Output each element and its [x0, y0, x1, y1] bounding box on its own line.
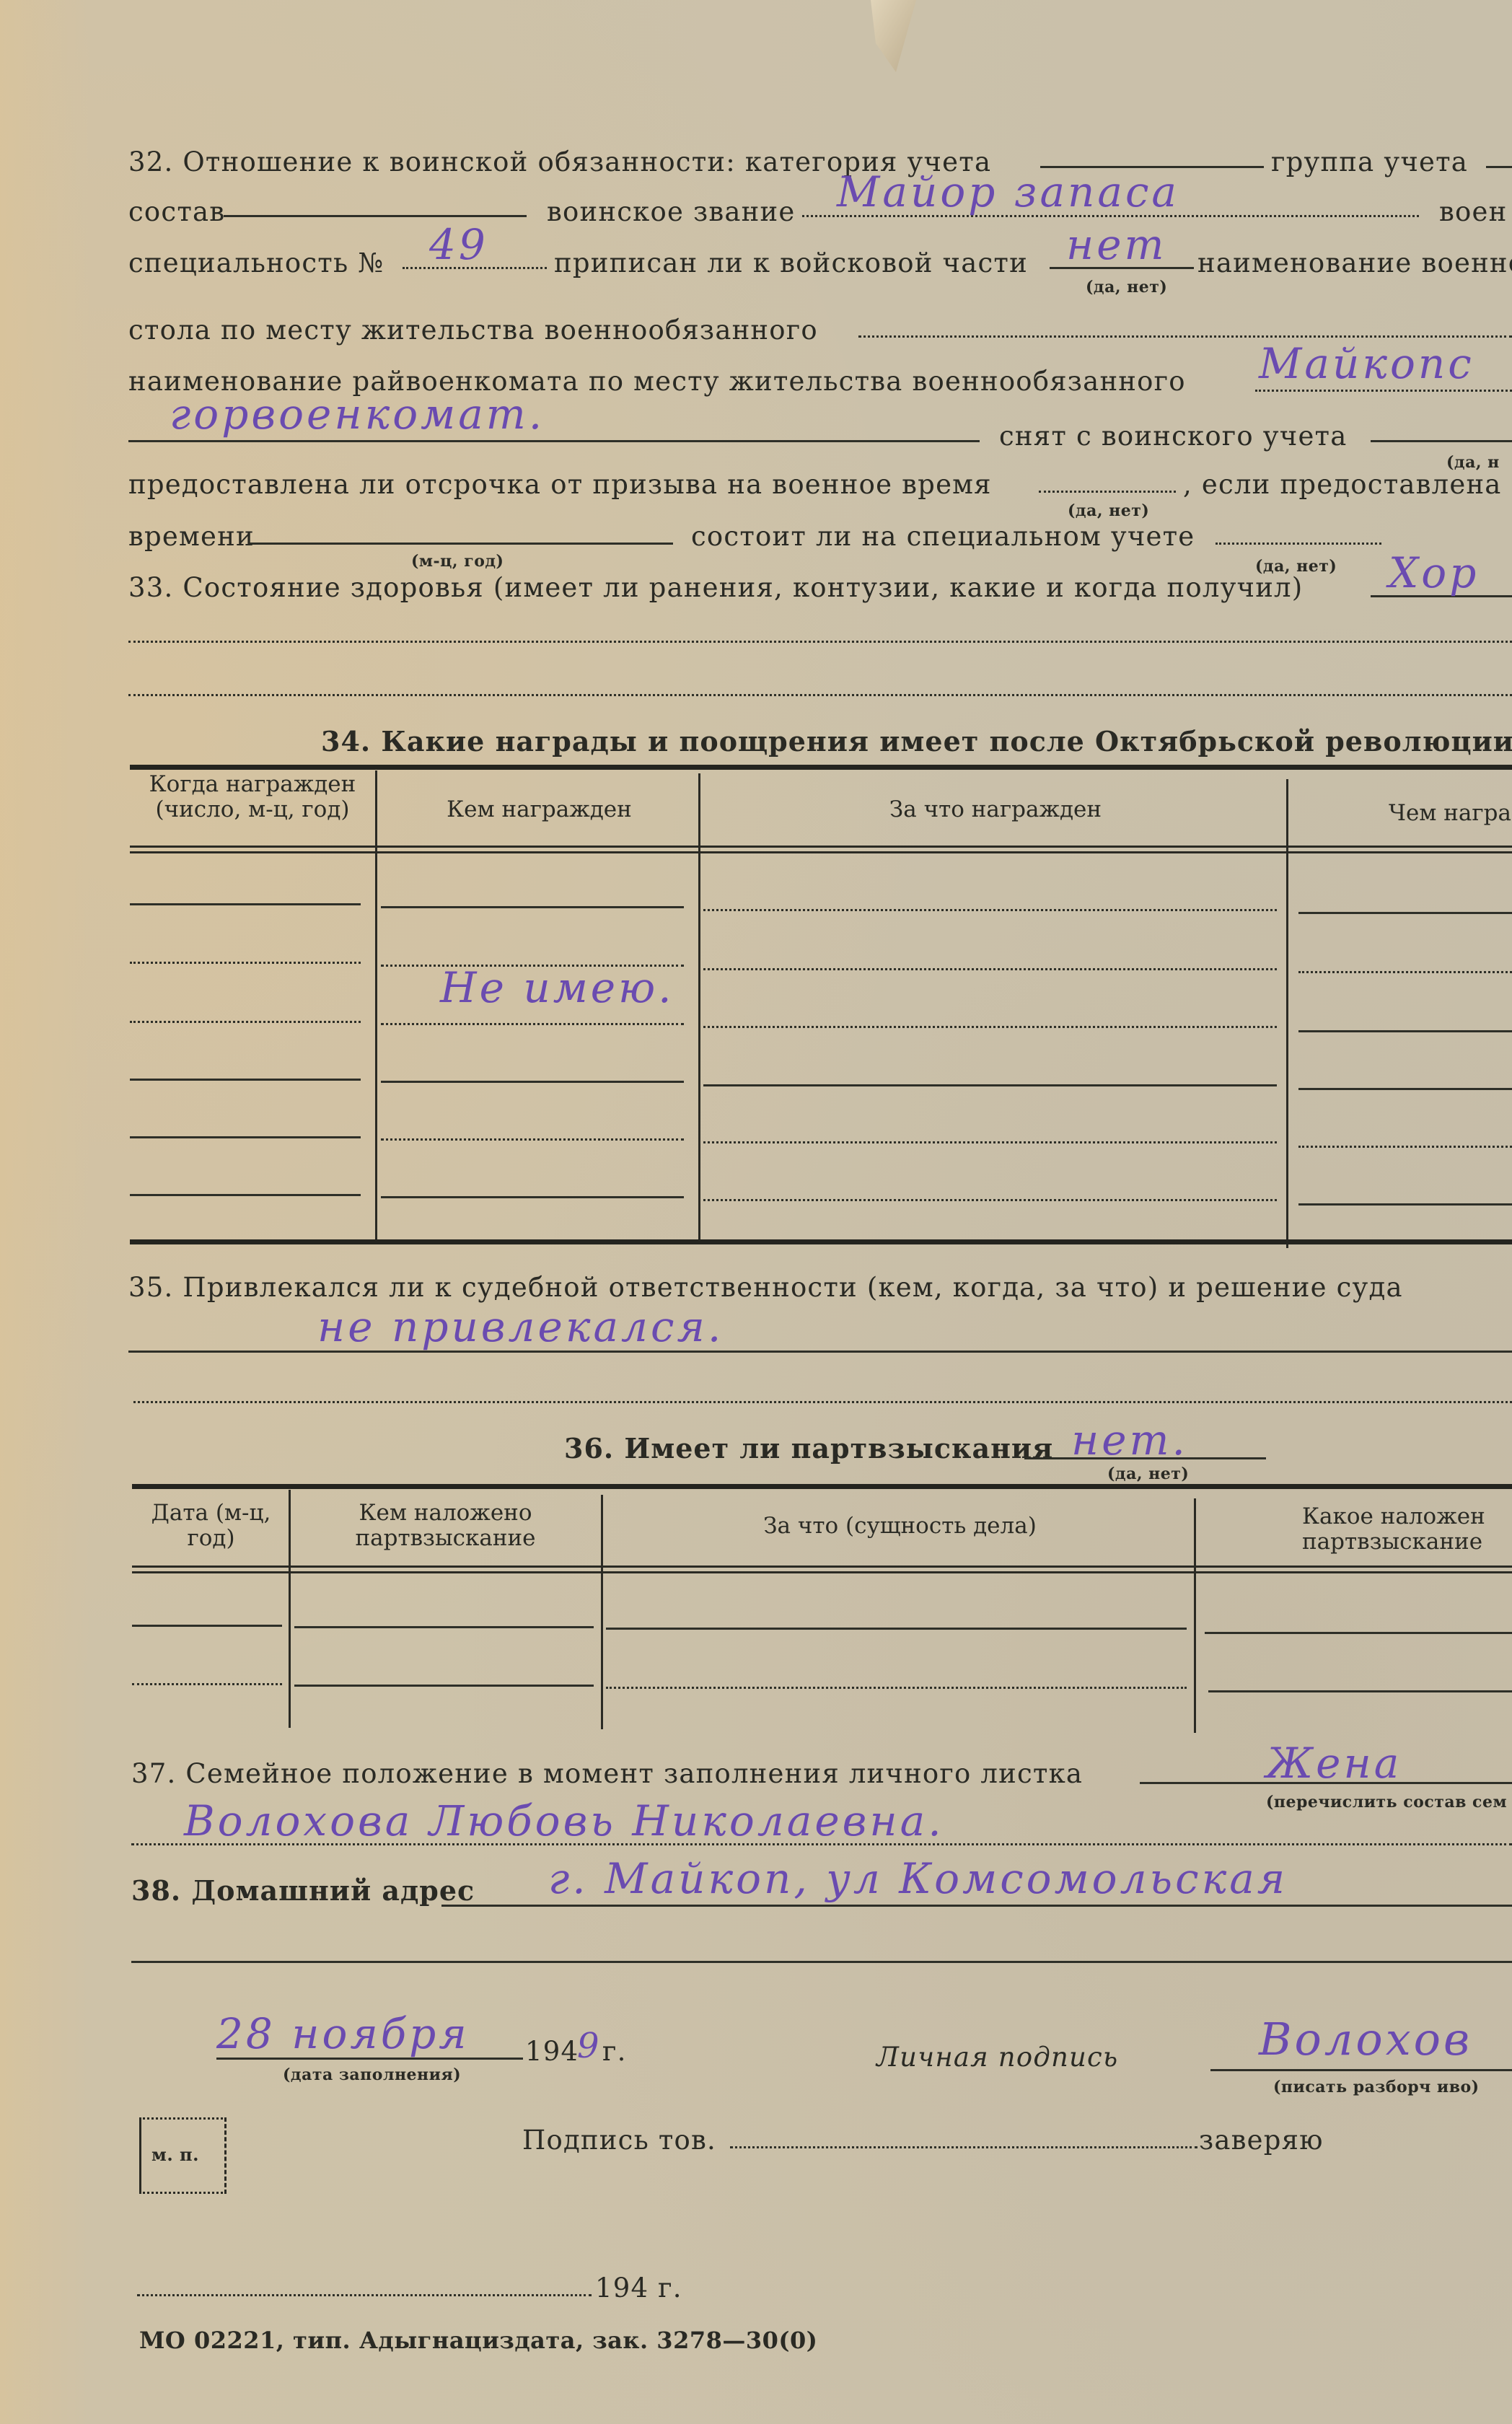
penalties-col-penalty-type: Какое наложен партвзыскание [1201, 1504, 1512, 1555]
awards-header-divider [130, 846, 1512, 853]
field-military-rank[interactable]: Майор запаса [837, 167, 1179, 216]
field-military-desk[interactable] [858, 335, 1512, 338]
penalties-col-divider-3 [1194, 1498, 1196, 1733]
hint-yes-no-deferment: (да, нет) [1068, 501, 1149, 520]
field-raivoenkomat[interactable]: Майкопс [1259, 339, 1474, 388]
label-deferment: предоставлена ли отсрочка от призыва на … [128, 469, 992, 500]
field-fill-date-line [216, 2058, 523, 2060]
label-personal-signature: Личная подпись [876, 2042, 1118, 2073]
hint-month-year: (м-ц, год) [411, 552, 504, 571]
hint-yes-no: (да, нет) [1086, 278, 1167, 297]
awards-top-border [130, 765, 1512, 770]
awards-value[interactable]: Не имею. [440, 963, 674, 1012]
field-fill-date[interactable]: 28 ноября [216, 2009, 470, 2058]
penalties-col-divider-2 [601, 1495, 603, 1729]
field-certify-name[interactable] [730, 2146, 1197, 2148]
label-military-desk-name: наименование военно [1197, 247, 1512, 278]
label-health-status: 33. Состояние здоровья (имеет ли ранения… [128, 572, 1303, 603]
awards-col-divider-2 [698, 773, 700, 1242]
field-spouse-name[interactable]: Волохова Любовь Николаевна. [184, 1796, 944, 1845]
field-health-line-3[interactable] [128, 694, 1512, 696]
label-court-liability: 35. Привлекался ли к судебной ответствен… [128, 1272, 1403, 1303]
penalties-col-reason: За что (сущность дела) [602, 1514, 1197, 1539]
field-marital-relation[interactable]: Жена [1266, 1739, 1402, 1788]
label-home-address: 38. Домашний адрес [131, 1874, 475, 1907]
print-info: МО 02221, тип. Адыгнациздата, зак. 3278—… [139, 2327, 817, 2354]
label-time: времени [128, 521, 255, 552]
label-registration-group: группа учета [1271, 146, 1468, 177]
field-address-line-2[interactable] [131, 1961, 1512, 1963]
field-special-registry[interactable] [1216, 543, 1381, 545]
field-year-digit[interactable]: 9 [577, 2026, 602, 2066]
label-assigned-unit: приписан ли к войсковой части [554, 247, 1028, 278]
field-health-line-2[interactable] [128, 641, 1512, 643]
penalties-col-date: Дата (м-ц, год) [133, 1501, 289, 1551]
label-removed-from-registry: снят с воинского учета [999, 421, 1347, 452]
label-voen-cut: воен [1439, 196, 1507, 227]
field-registration-group[interactable] [1486, 166, 1512, 168]
label-if-granted: , если предоставлена [1183, 469, 1502, 500]
field-specialty-number[interactable]: 49 [429, 220, 488, 269]
awards-col-award: Чем награ [1295, 801, 1512, 826]
field-deferment[interactable] [1039, 491, 1176, 493]
awards-col-divider-1 [375, 770, 377, 1239]
hint-list-family: (перечислить состав сем [1266, 1793, 1507, 1812]
field-cert-date[interactable] [137, 2294, 592, 2296]
label-certify-signature: Подпись тов. [522, 2125, 716, 2156]
stamp-label: м. п. [151, 2144, 199, 2165]
field-home-address[interactable]: г. Майкоп, ул Комсомольская [548, 1854, 1288, 1903]
field-time[interactable] [249, 543, 673, 545]
awards-col-by-whom: Кем награжден [379, 797, 700, 822]
penalties-header-divider [132, 1565, 1512, 1573]
field-signature-line [1210, 2069, 1512, 2071]
field-raivoenkomat-line-2 [128, 440, 980, 442]
field-court-line-1 [128, 1351, 1512, 1353]
awards-col-for-what: За что награжден [703, 797, 1288, 822]
label-party-penalties: 36. Имеет ли партвзыскания [564, 1432, 1053, 1464]
cert-year: 194 г. [595, 2272, 682, 2304]
field-address-line [441, 1905, 1512, 1907]
penalties-col-divider-1 [289, 1490, 291, 1728]
label-military-desk: стола по месту жительства военнообязанно… [128, 315, 818, 346]
hint-fill-date: (дата заполнения) [283, 2065, 461, 2084]
label-composition: состав [128, 196, 225, 227]
field-assigned-unit[interactable]: нет [1066, 220, 1167, 269]
hint-yes-no-party: (да, нет) [1107, 1464, 1189, 1483]
field-raivoenkomat-continued[interactable]: горвоенкомат. [170, 390, 545, 439]
field-raivoenkomat-line [1255, 390, 1512, 392]
awards-bottom-border [130, 1239, 1512, 1244]
awards-col-when: Когда награжден (число, м-ц, год) [130, 772, 375, 822]
awards-title: 34. Какие награды и поощрения имеет посл… [321, 725, 1512, 757]
label-military-rank: воинское звание [547, 196, 796, 227]
paper-tear [866, 0, 916, 72]
year-prefix: 194 [525, 2036, 579, 2067]
field-family-line [131, 1843, 1512, 1845]
field-court-liability[interactable]: не привлекался. [317, 1302, 724, 1351]
field-removed-from-registry[interactable] [1371, 440, 1512, 442]
label-specialty-number: специальность № [128, 247, 384, 278]
field-composition[interactable] [224, 215, 527, 217]
field-court-line-2[interactable] [133, 1401, 1512, 1403]
field-health-status[interactable]: Хор [1389, 548, 1479, 597]
penalties-top-border [132, 1484, 1512, 1489]
awards-col-divider-3 [1286, 779, 1288, 1248]
field-personal-signature[interactable]: Волохов [1259, 2013, 1472, 2065]
penalties-col-by-whom: Кем наложено партвзыскание [296, 1501, 595, 1551]
year-suffix: г. [602, 2036, 627, 2067]
field-party-penalties[interactable]: нет. [1071, 1415, 1188, 1464]
hint-signature: (писать разборч иво) [1273, 2078, 1480, 2096]
label-special-registry: состоит ли на специальном учете [691, 521, 1195, 552]
label-marital-status: 37. Семейное положение в момент заполнен… [131, 1758, 1083, 1789]
label-certify: заверяю [1199, 2125, 1324, 2156]
